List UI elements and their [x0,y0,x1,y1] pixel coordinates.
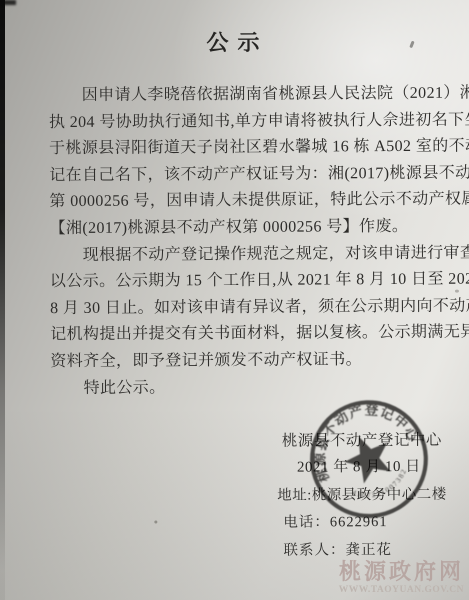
photo-speck [154,520,157,523]
body-line: 资料齐全，即予登记并颁发不动产权证书。 [50,347,451,376]
document-photo: 公示 因申请人李晓蓓依据湖南省桃源县人民法院（2021）湘 0725 执 204… [0,0,469,600]
body-line: 现根据不动产登记操作规范之规定，对该申请进行审查并予 [50,240,451,269]
body-line: 记在自己名下，该不动产产权证号为：湘(2017)桃源县不动产权 [49,160,450,189]
notice-body: 因申请人李晓蓓依据湖南省桃源县人民法院（2021）湘 0725 执 204 号协… [49,81,452,403]
watermark-site-url: WWW.TAOYUAN.GOV.CN [339,585,464,595]
notice-sheet: 公示 因申请人李晓蓓依据湖南省桃源县人民法院（2021）湘 0725 执 204… [0,0,469,600]
site-watermark: 桃源政府网 WWW.TAOYUAN.GOV.CN [339,560,464,595]
official-seal-stamp: 桃源县不动产登记中心 4307221007382 [307,397,432,522]
signature-contact: 联系人：龚正花 [283,538,392,560]
body-line: 因申请人李晓蓓依据湖南省桃源县人民法院（2021）湘 0725 [49,81,450,110]
body-line: 8 月 30 日止。如对该申请有异议者，须在公示期内向不动产登 [50,293,451,322]
body-line: 第 0000256 号，因申请人未提供原证，特此公示不动产权属证书 [49,187,450,216]
body-line: 【湘(2017)桃源县不动产权第 0000256 号】作废。 [49,214,450,243]
body-line: 以公示。公示期为 15 个工作日,从 2021 年 8 月 10 日至 2021… [50,267,451,296]
watermark-site-name: 桃源政府网 [339,560,464,584]
photo-speck [455,290,459,293]
body-line: 执 204 号协助执行通知书,单方申请将被执行人佘进初名下坐落 [49,107,450,136]
notice-title: 公示 [0,25,468,59]
seal-star-icon [337,427,398,487]
body-line: 记机构提出并提交有关书面材料，据以复核。公示期满无异议且 [50,320,451,349]
body-line: 于桃源县浔阳街道天子岗社区碧水馨城 16 栋 A502 室的不动产登 [49,134,450,163]
